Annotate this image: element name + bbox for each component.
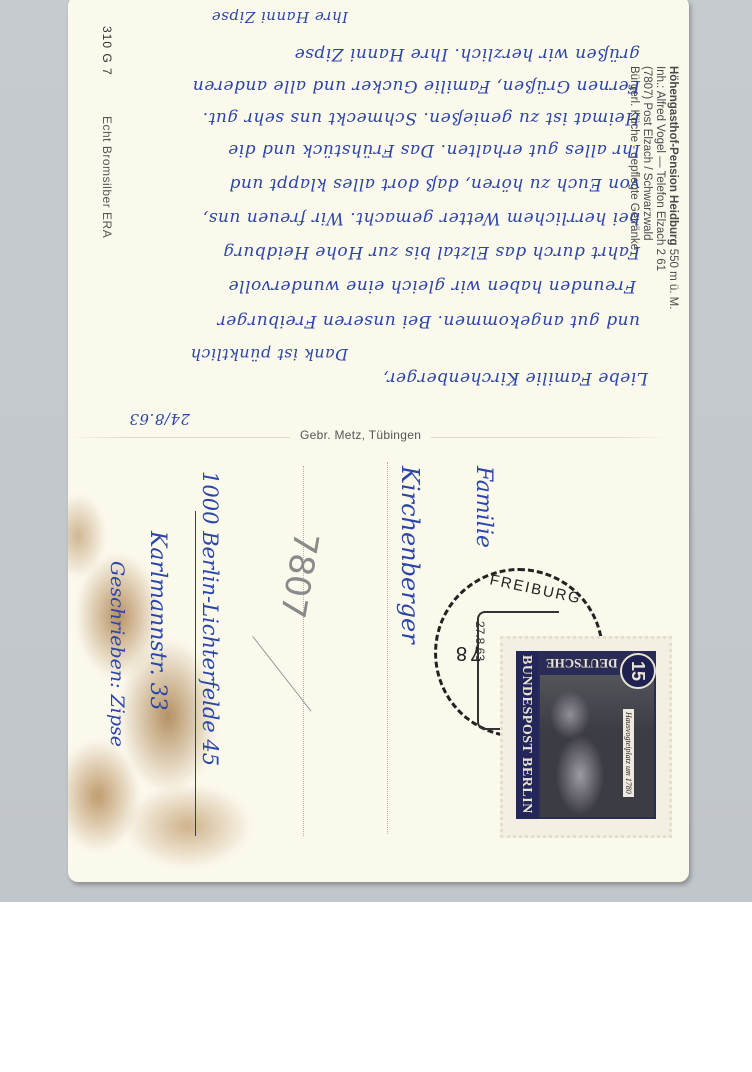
- address-divider-right: [387, 462, 388, 834]
- stamp-issuer-side: BUNDESPOST BERLIN: [518, 655, 534, 814]
- address-note: Geschrieben: Zipse: [106, 561, 128, 747]
- hotel-altitude: 550 m ü. M.: [667, 249, 679, 310]
- message-line: Liebe Familie Kirchenberger,: [383, 368, 648, 388]
- address-underline: [195, 511, 196, 836]
- message-line: grüßen wir herzlich. Ihre Hanni Zipse: [294, 44, 640, 64]
- stamp-side-band: BUNDESPOST BERLIN: [516, 651, 538, 819]
- address-salutation: Familie: [471, 466, 496, 548]
- handwritten-date: 24/8.63: [129, 410, 190, 428]
- message-line: Fernen Grüßen, Familie Gucker und alle a…: [192, 76, 640, 96]
- stamp-frame: BUNDESPOST BERLIN DEUTSCHE 15 Hausvogtei…: [516, 651, 656, 819]
- message-line: Dank ist pünktlich: [190, 345, 348, 364]
- message-line: Heimat ist zu genießen. Schmeckt uns seh…: [202, 108, 640, 128]
- hotel-line-2: (7807) Post Elzach / Schwarzwald: [640, 66, 653, 309]
- stamp-value: 15: [620, 653, 656, 689]
- print-note: Echt Bromsilber ERA: [100, 116, 114, 238]
- postage-stamp: BUNDESPOST BERLIN DEUTSCHE 15 Hausvogtei…: [500, 636, 672, 838]
- hotel-line-1: Inh.: Alfred Vogel — Telefon Elzach 2 61: [653, 66, 666, 309]
- hotel-title: Höhengasthof-Pension Heidburg: [667, 66, 679, 246]
- message-line: bei herrlichem Wetter gemacht. Wir freue…: [202, 208, 640, 228]
- postmark-city: FREIBURG: [488, 571, 583, 607]
- message-line: Fahrt durch das Elztal bis zur Hohe Heid…: [223, 242, 640, 262]
- stamp-issuer-top: DEUTSCHE: [546, 655, 618, 671]
- postmark-postcode: 78: [453, 641, 481, 664]
- stamp-caption: Hausvogteiplatz um 1780: [623, 709, 634, 797]
- card-code: 310 G 7: [100, 26, 114, 76]
- address-name: Kirchenberger: [396, 466, 424, 644]
- pencil-note: 7807: [272, 529, 326, 621]
- address-street: Karlmannstr. 33: [145, 531, 170, 711]
- message-line: Freunden haben wir gleich eine wundervol…: [228, 276, 636, 296]
- message-line: und gut angekommen. Bei unseren Freiburg…: [217, 311, 640, 331]
- address-divider-left: [303, 466, 304, 836]
- message-line: Ihr alles gut erhalten. Das Frühstück un…: [228, 140, 640, 160]
- stamp-picture: [540, 675, 654, 817]
- signature: Ihre Hanni Zipse: [211, 8, 348, 26]
- message-line: von Euch zu hören, daß dort alles klappt…: [229, 174, 640, 194]
- address-city: 1000 Berlin-Lichterfelde 45: [198, 471, 222, 766]
- publisher-imprint: Gebr. Metz, Tübingen: [290, 428, 431, 442]
- postcard: Höhengasthof-Pension Heidburg 550 m ü. M…: [68, 0, 689, 882]
